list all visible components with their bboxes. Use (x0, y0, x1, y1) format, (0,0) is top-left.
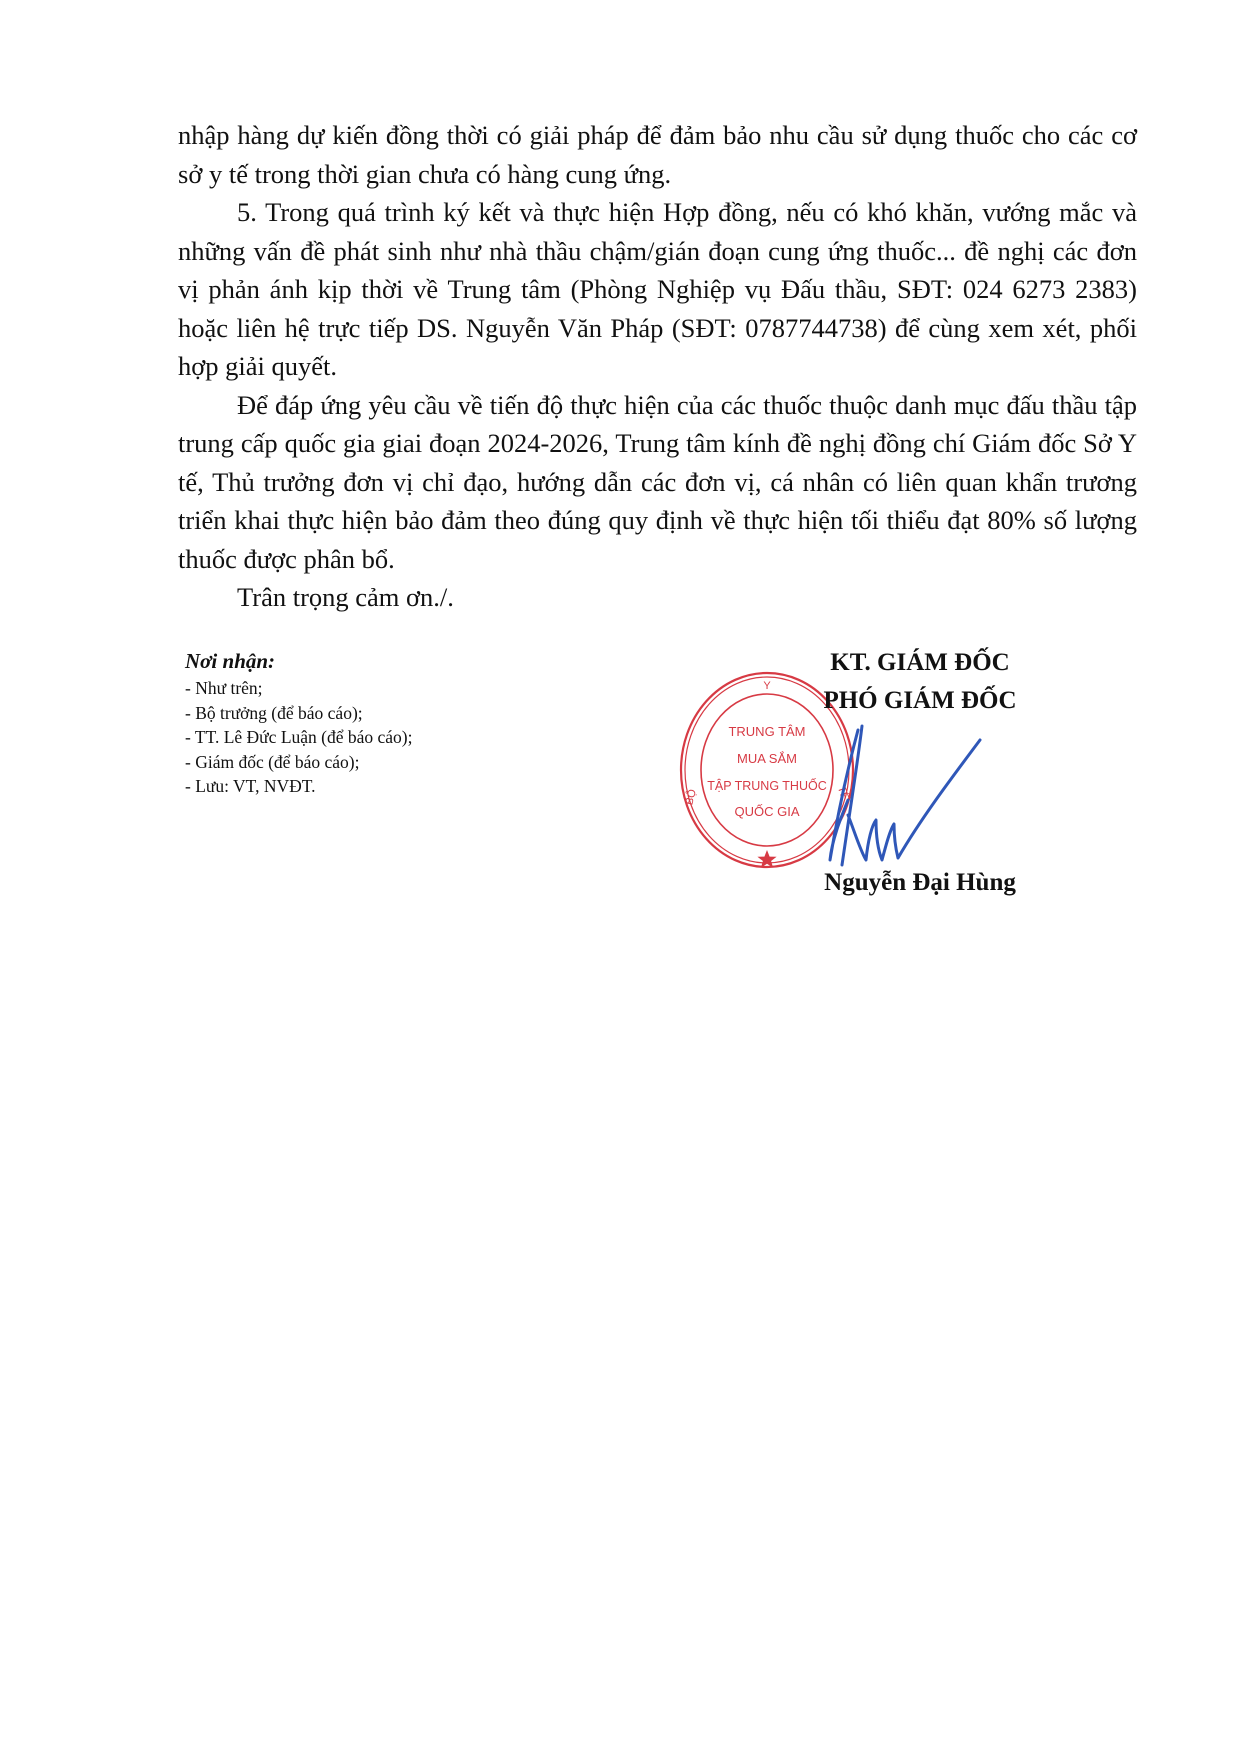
letter-body: nhập hàng dự kiến đồng thời có giải pháp… (178, 116, 1137, 617)
paragraph-request: Để đáp ứng yêu cầu về tiến độ thực hiện … (178, 386, 1137, 579)
recipient-item: - Lưu: VT, NVĐT. (185, 774, 545, 799)
paragraph-continuation: nhập hàng dự kiến đồng thời có giải pháp… (178, 116, 1137, 193)
recipient-item: - Như trên; (185, 676, 545, 701)
recipient-item: - Bộ trưởng (để báo cáo); (185, 701, 545, 726)
stamp-line: TRUNG TÂM (728, 724, 805, 739)
recipient-item: - TT. Lê Đức Luận (để báo cáo); (185, 725, 545, 750)
paragraph-closing: Trân trọng cảm ơn./. (178, 578, 1137, 617)
recipient-item: - Giám đốc (để báo cáo); (185, 750, 545, 775)
signature-title-2: PHÓ GIÁM ĐỐC (760, 682, 1080, 720)
stamp-line: MUA SẮM (737, 751, 797, 766)
document-page: nhập hàng dự kiến đồng thời có giải pháp… (0, 0, 1241, 1755)
star-icon (757, 850, 776, 868)
recipients-list: - Như trên; - Bộ trưởng (để báo cáo); - … (185, 676, 545, 799)
signature-title-1: KT. GIÁM ĐỐC (760, 644, 1080, 682)
paragraph-item-5: 5. Trong quá trình ký kết và thực hiện H… (178, 193, 1137, 386)
signature-block: KT. GIÁM ĐỐC PHÓ GIÁM ĐỐC Nguyễn Đại Hùn… (760, 644, 1080, 720)
recipients-block: Nơi nhận: - Như trên; - Bộ trưởng (để bá… (185, 648, 545, 799)
stamp-line: QUỐC GIA (734, 804, 799, 819)
handwritten-signature (810, 720, 1010, 870)
stamp-outer-left-text: BỘ (682, 787, 699, 806)
recipients-heading: Nơi nhận: (185, 648, 545, 674)
signer-name: Nguyễn Đại Hùng (760, 868, 1080, 898)
stamp-line: TẬP TRUNG THUỐC (707, 778, 826, 793)
